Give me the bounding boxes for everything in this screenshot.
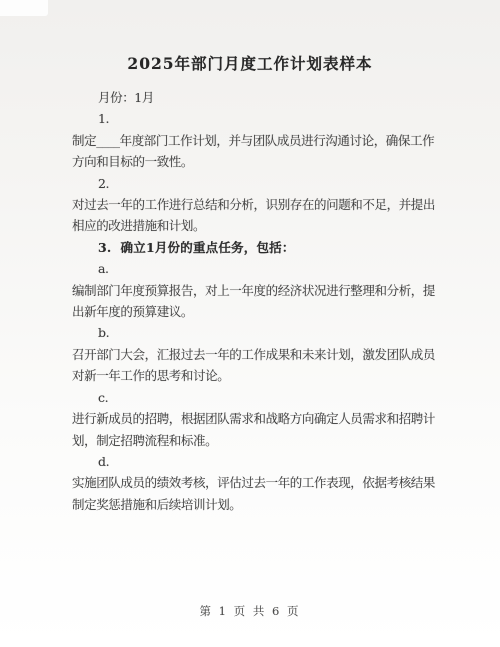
text-line: 2. [72, 173, 438, 194]
text-line: 编制部门年度预算报告，对上一年度的经济状况进行整理和分析，提 [72, 280, 438, 301]
page-number-footer: 第 1 页 共 6 页 [0, 603, 500, 619]
text-line: 划，制定招聘流程和标准。 [72, 430, 438, 451]
text-line: 月份：1月 [72, 87, 438, 108]
text-line: 进行新成员的招聘，根据团队需求和战略方向确定人员需求和招聘计 [72, 408, 438, 429]
scan-artifact-corner [0, 0, 48, 16]
text-line: 制定____年度部门工作计划，并与团队成员进行沟通讨论，确保工作 [72, 130, 438, 151]
text-line: 3. 确立1月份的重点任务，包括： [72, 237, 438, 258]
text-line: 对新一年工作的思考和讨论。 [72, 365, 438, 386]
text-line: 方向和目标的一致性。 [72, 151, 438, 172]
text-line: 实施团队成员的绩效考核，评估过去一年的工作表现，依据考核结果 [72, 472, 438, 493]
document-title: 2025年部门月度工作计划表样本 [0, 52, 500, 74]
text-line: 1. [72, 108, 438, 129]
text-line: b. [72, 322, 438, 343]
text-line: c. [72, 387, 438, 408]
text-line: d. [72, 451, 438, 472]
text-line: 出新年度的预算建议。 [72, 301, 438, 322]
document-page: 2025年部门月度工作计划表样本 月份：1月1.制定____年度部门工作计划，并… [0, 0, 500, 647]
text-line: 制定奖惩措施和后续培训计划。 [72, 494, 438, 515]
text-line: 相应的改进措施和计划。 [72, 215, 438, 236]
text-line: 对过去一年的工作进行总结和分析，识别存在的问题和不足，并提出 [72, 194, 438, 215]
document-body: 月份：1月1.制定____年度部门工作计划，并与团队成员进行沟通讨论，确保工作方… [72, 87, 438, 515]
text-line: 召开部门大会，汇报过去一年的工作成果和未来计划，激发团队成员 [72, 344, 438, 365]
text-line: a. [72, 258, 438, 279]
